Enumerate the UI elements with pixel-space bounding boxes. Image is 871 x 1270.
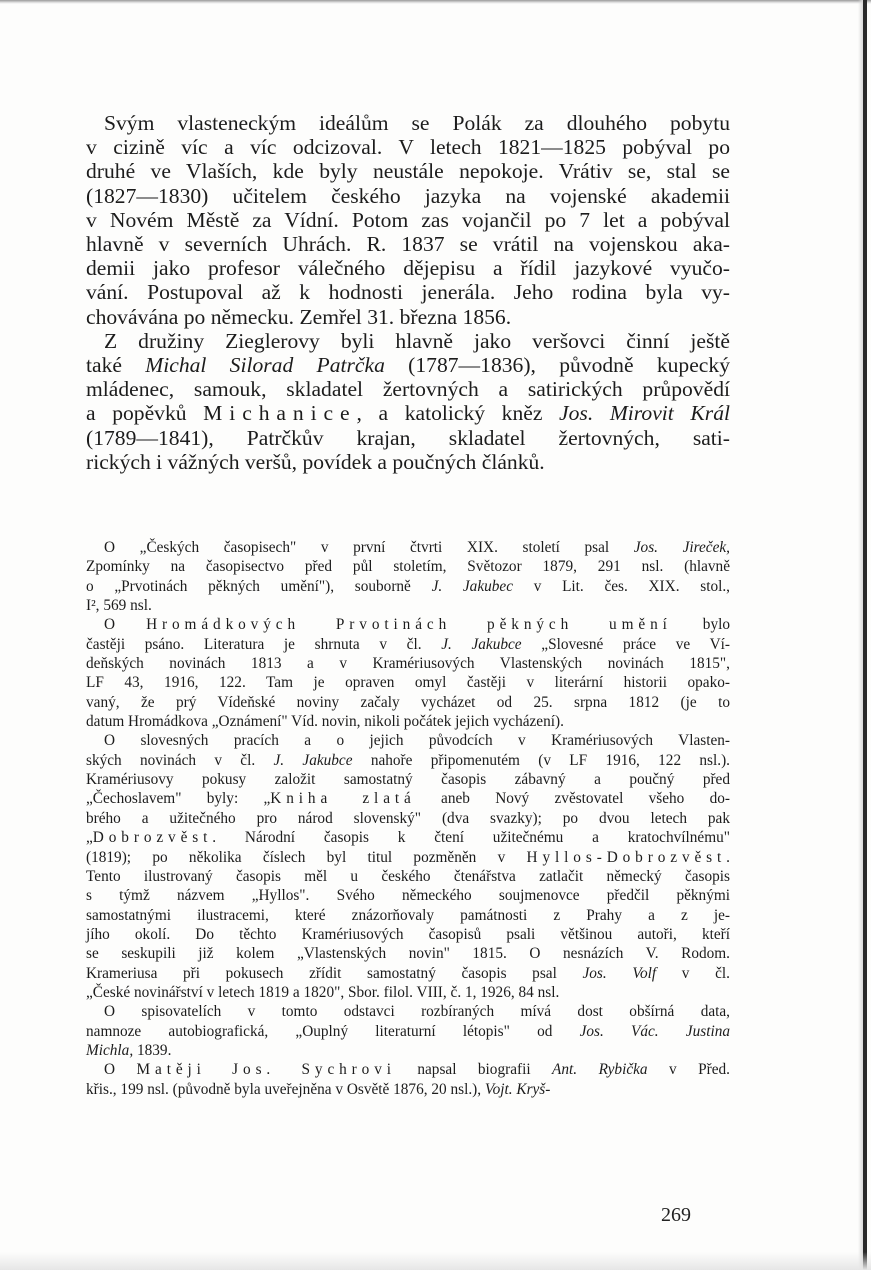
italic-name: J. Jakubce	[273, 752, 352, 769]
text-run: demii jako profesor válečného dějepisu a…	[86, 256, 730, 280]
italic-name: Michal Silorad Patrčka	[145, 353, 385, 377]
text-line: častěji psáno. Literatura je shrnuta v č…	[86, 635, 730, 654]
text-run: Tento ilustrovaný časopis měl u českého …	[86, 868, 730, 885]
italic-name: J. Jakubec	[432, 578, 513, 595]
text-run: s týmž názvem „Hyllos". Svého německého …	[86, 887, 730, 904]
text-run: Z družiny Zieglerovy byli hlavně jako ve…	[104, 329, 730, 353]
text-run: datum Hromádkova „Oznámení" Víd. novin, …	[86, 713, 564, 730]
footnote-paragraph: O Matěji Jos. Sychrovi napsal biografii …	[86, 1060, 730, 1099]
text-line: datum Hromádkova „Oznámení" Víd. novin, …	[86, 712, 730, 731]
text-line: demii jako profesor válečného dějepisu a…	[86, 256, 730, 280]
footnote-paragraph: O spisovatelích v tomto odstavci rozbíra…	[86, 1002, 730, 1060]
spaced-title: Dobrozvěst	[93, 829, 212, 846]
text-run: O	[104, 616, 146, 633]
spaced-title: Hyllos-Dobrozvěst	[527, 849, 727, 866]
text-run: I², 569 nsl.	[86, 597, 152, 614]
footnote-paragraph: O slovesných pracích a o jejich původcíc…	[86, 731, 730, 1002]
text-line: O spisovatelích v tomto odstavci rozbíra…	[86, 1002, 730, 1021]
text-run: , a katolický kněz	[357, 401, 560, 425]
text-line: Kramériusovy pokusy založit samostatný č…	[86, 770, 730, 789]
text-run: O	[104, 1061, 137, 1078]
scan-top-edge	[0, 0, 871, 4]
text-run: LF 43, 1916, 122. Tam je opraven omyl ča…	[86, 674, 730, 691]
text-run: křis., 199 nsl. (původně byla uveřejněna…	[86, 1081, 485, 1098]
text-run: „Čechoslavem" byly: „	[86, 790, 270, 807]
text-run: mládenec, samouk, skladatel žertovných a…	[86, 377, 730, 401]
text-run: Krameriusa při pokusech zřídit samostatn…	[86, 965, 582, 982]
text-run: druhé ve Vlaších, kde byly neustále nepo…	[86, 159, 730, 183]
text-run: (1819); po několika číslech byl titul po…	[86, 849, 527, 866]
text-run: brého a užitečného pro národ slovenský" …	[86, 810, 730, 827]
text-line: Michla, 1839.	[86, 1041, 730, 1060]
text-line: ských novinách v čl. J. Jakubce nahoře p…	[86, 751, 730, 770]
italic-name: Ant. Rybička	[552, 1061, 648, 1078]
text-line: „České novinářství v letech 1819 a 1820"…	[86, 983, 730, 1002]
text-run: rických i vážných veršů, povídek a poučn…	[86, 450, 545, 474]
text-line: druhé ve Vlaších, kde byly neustále nepo…	[86, 159, 730, 183]
text-run: napsal biografii	[396, 1061, 552, 1078]
text-line: křis., 199 nsl. (původně byla uveřejněna…	[86, 1080, 730, 1099]
text-run: chovávána po německu. Zemřel 31. března …	[86, 305, 511, 329]
text-line: O „Českých časopisech" v první čtvrti XI…	[86, 538, 730, 557]
text-run: (1787—1836), původně kupecký	[385, 353, 730, 377]
footnote-paragraph: O „Českých časopisech" v první čtvrti XI…	[86, 538, 730, 615]
spaced-title: Michanice	[203, 401, 356, 425]
spaced-title: Kniha zlatá	[270, 790, 415, 807]
text-run: a popěvků	[86, 401, 203, 425]
spaced-title: Matěji Jos. Sychrovi	[137, 1061, 396, 1078]
text-line: jího okolí. Do těchto Kramériusových čas…	[86, 925, 730, 944]
text-run: v Novém Městě za Vídní. Potom zas vojanč…	[86, 208, 730, 232]
text-run: O slovesných pracích a o jejich původcíc…	[104, 732, 730, 749]
body-paragraph: Z družiny Zieglerovy byli hlavně jako ve…	[86, 329, 730, 474]
text-run: „	[86, 829, 93, 846]
text-run: bylo	[672, 616, 730, 633]
body-paragraph: Svým vlasteneckým ideálům se Polák za dl…	[86, 111, 730, 329]
text-line: samostatnými ilustracemi, které znázorňo…	[86, 906, 730, 925]
text-line: hlavně v severních Uhrách. R. 1837 se vr…	[86, 232, 730, 256]
text-run: v Před.	[648, 1061, 730, 1078]
text-run: O „Českých časopisech" v první čtvrti XI…	[104, 539, 634, 556]
text-run: .	[726, 849, 730, 866]
text-line: mládenec, samouk, skladatel žertovných a…	[86, 377, 730, 401]
footnotes-section: O „Českých časopisech" v první čtvrti XI…	[86, 538, 730, 1099]
text-line: O Hromádkových Prvotinách pěkných umění …	[86, 615, 730, 634]
text-run: namnoze autobiografická, „Ouplný literat…	[86, 1023, 580, 1040]
italic-name: Jos. Mirovit Král	[559, 401, 730, 425]
text-line: o „Prvotinách pěkných umění"), souborně …	[86, 577, 730, 596]
text-line: a popěvků Michanice, a katolický kněz Jo…	[86, 401, 730, 425]
text-run: . Národní časopis k čtení užitečnému a k…	[212, 829, 730, 846]
text-run: vání. Postupoval až k hodnosti jenerála.…	[86, 280, 730, 304]
scan-bottom-shade	[0, 1252, 871, 1270]
text-run: „Slovesné práce ve Ví-	[522, 636, 730, 653]
text-line: s týmž názvem „Hyllos". Svého německého …	[86, 886, 730, 905]
text-run: „České novinářství v letech 1819 a 1820"…	[86, 984, 559, 1001]
text-run: deňských novinách 1813 a v Kramériusovýc…	[86, 655, 730, 672]
text-line: O Matěji Jos. Sychrovi napsal biografii …	[86, 1060, 730, 1079]
footnote-paragraph: O Hromádkových Prvotinách pěkných umění …	[86, 615, 730, 731]
text-run: častěji psáno. Literatura je shrnuta v č…	[86, 636, 441, 653]
text-line: v cizině víc a víc odcizoval. V letech 1…	[86, 135, 730, 159]
spaced-title: Hromádkových Prvotinách pěkných umění	[146, 616, 672, 633]
italic-name: Jos. Volf	[582, 965, 656, 982]
text-run: se seskupili již kolem „Vlastenských nov…	[86, 945, 730, 962]
italic-name: Jos. Jireček,	[634, 539, 730, 556]
text-run: také	[86, 353, 145, 377]
italic-name: Vojt. Kryš-	[485, 1081, 550, 1098]
text-run: (1789—1841), Patrčkův krajan, skladatel …	[86, 426, 730, 450]
text-run: jího okolí. Do těchto Kramériusových čas…	[86, 926, 730, 943]
text-run: Svým vlasteneckým ideálům se Polák za dl…	[104, 111, 730, 135]
italic-name: Jos. Vác. Justina	[580, 1023, 730, 1040]
text-line: (1827—1830) učitelem českého jazyka na v…	[86, 184, 730, 208]
text-run: o „Prvotinách pěkných umění"), souborně	[86, 578, 432, 595]
text-run: v čl.	[656, 965, 730, 982]
text-line: O slovesných pracích a o jejich původcíc…	[86, 731, 730, 750]
text-run: samostatnými ilustracemi, které znázorňo…	[86, 907, 730, 924]
text-line: (1789—1841), Patrčkův krajan, skladatel …	[86, 426, 730, 450]
text-line: se seskupili již kolem „Vlastenských nov…	[86, 944, 730, 963]
text-line: Svým vlasteneckým ideálům se Polák za dl…	[86, 111, 730, 135]
text-line: Tento ilustrovaný časopis měl u českého …	[86, 867, 730, 886]
text-line: Zpomínky na časopisectvo před půl stolet…	[86, 557, 730, 576]
text-run: aneb Nový zvěstovatel všeho do-	[416, 790, 730, 807]
text-line: deňských novinách 1813 a v Kramériusovýc…	[86, 654, 730, 673]
text-line: I², 569 nsl.	[86, 596, 730, 615]
italic-name: Michla,	[86, 1042, 133, 1059]
italic-name: J. Jakubce	[441, 636, 521, 653]
text-line: chovávána po německu. Zemřel 31. března …	[86, 305, 730, 329]
text-line: rických i vážných veršů, povídek a poučn…	[86, 450, 730, 474]
text-line: brého a užitečného pro národ slovenský" …	[86, 809, 730, 828]
text-line: Z družiny Zieglerovy byli hlavně jako ve…	[86, 329, 730, 353]
text-run: Zpomínky na časopisectvo před půl stolet…	[86, 558, 730, 575]
text-line: vání. Postupoval až k hodnosti jenerála.…	[86, 280, 730, 304]
text-line: vaný, že prý Vídeňské noviny začaly vych…	[86, 693, 730, 712]
text-line: namnoze autobiografická, „Ouplný literat…	[86, 1022, 730, 1041]
main-body-text: Svým vlasteneckým ideálům se Polák za dl…	[86, 111, 730, 474]
book-binding-edge	[863, 0, 867, 1270]
text-run: v Lit. čes. XIX. stol.,	[513, 578, 730, 595]
text-run: nahoře připomenutém (v LF 1916, 122 nsl.…	[353, 752, 731, 769]
text-run: v cizině víc a víc odcizoval. V letech 1…	[86, 135, 730, 159]
text-run: vaný, že prý Vídeňské noviny začaly vych…	[86, 694, 730, 711]
text-line: „Čechoslavem" byly: „Kniha zlatá aneb No…	[86, 789, 730, 808]
text-run: hlavně v severních Uhrách. R. 1837 se vr…	[86, 232, 730, 256]
text-line: LF 43, 1916, 122. Tam je opraven omyl ča…	[86, 673, 730, 692]
text-line: Krameriusa při pokusech zřídit samostatn…	[86, 964, 730, 983]
text-line: (1819); po několika číslech byl titul po…	[86, 848, 730, 867]
text-run: 1839.	[133, 1042, 171, 1059]
text-line: „Dobrozvěst. Národní časopis k čtení uži…	[86, 828, 730, 847]
page-number: 269	[661, 1204, 691, 1227]
text-run: Kramériusovy pokusy založit samostatný č…	[86, 771, 730, 788]
text-line: v Novém Městě za Vídní. Potom zas vojanč…	[86, 208, 730, 232]
text-run: O spisovatelích v tomto odstavci rozbíra…	[104, 1003, 730, 1020]
text-run: ských novinách v čl.	[86, 752, 273, 769]
text-run: (1827—1830) učitelem českého jazyka na v…	[86, 184, 730, 208]
text-line: také Michal Silorad Patrčka (1787—1836),…	[86, 353, 730, 377]
